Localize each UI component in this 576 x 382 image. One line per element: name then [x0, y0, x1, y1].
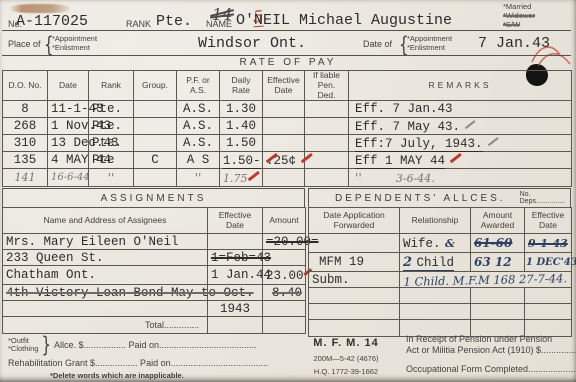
- service-number-value: A-117025: [16, 13, 88, 30]
- do-no-cell: 141: [3, 169, 48, 187]
- pension-line-2: Act or Militia Pension Act (1910) $.....…: [406, 345, 571, 356]
- pension-line-1: In Receipt of Pension under Pension: [406, 334, 571, 345]
- allce-line: Allce. $................. Paid on.......…: [54, 340, 257, 350]
- dependent-row: Wife. & 61-60 9-1-43: [309, 234, 572, 253]
- group-cell: C: [134, 152, 177, 169]
- occupational-line: Occupational Form Completed.............…: [406, 364, 571, 374]
- do-no-cell: 310: [3, 135, 48, 152]
- assignee-cell: 4th Victory Loan Bond May to Oct.: [3, 285, 208, 301]
- dep-eff-date-cell: 9-1-43: [525, 234, 572, 253]
- date-of-label: Date of: [363, 39, 392, 49]
- dependent-note: 1 Child. M.F.M 168 27-7-44.: [399, 270, 571, 290]
- assignment-row: Mrs. Mary Eileen O'Neil =20.00=: [3, 234, 306, 250]
- assignment-row: Chatham Ont. 1 Jan.44 23.00: [3, 266, 306, 285]
- dependent-row: [309, 288, 572, 304]
- rate-row: 8 11-1-43 Pte. A.S. 1.30 Eff. 7 Jan.43: [3, 101, 572, 118]
- col-group: Group.: [134, 71, 177, 101]
- col-amount-awarded: Amount Awarded: [471, 208, 525, 234]
- remarks-cell: Eff:7 July, 1943.: [349, 135, 572, 152]
- col-daily-rate: Daily Rate: [220, 71, 263, 101]
- rehab-line: Rehabilitation Grant $................. …: [8, 358, 268, 368]
- assignment-row: 4th Victory Loan Bond May to Oct. 8.40: [3, 285, 306, 301]
- col-rank: Rank: [89, 71, 134, 101]
- date-app-fwd-cell: MFM 19: [309, 253, 400, 272]
- enlistment-label-2: *Enlistment: [407, 43, 452, 52]
- clothing-label: *Clothing: [8, 345, 38, 353]
- total-label: Total..............: [3, 317, 208, 334]
- remarks-text: Eff 1 MAY 44: [355, 154, 445, 169]
- relationship-text: Wife.: [403, 237, 441, 251]
- pf-as-cell: A.S.: [177, 135, 220, 152]
- pf-as-cell: A S: [177, 152, 220, 169]
- remarks-cell: Eff. 7 May 43.: [349, 118, 572, 135]
- assignment-row: 233 Queen St. 1=Feb=43: [3, 250, 306, 266]
- col-assign-amount: Amount: [263, 208, 306, 234]
- footer-left-block: *Outfit *Clothing } Allce. $............…: [8, 336, 268, 380]
- pf-as-cell: A.S.: [177, 101, 220, 118]
- col-effective-date: Effective Date: [263, 71, 305, 101]
- col-pf-as: P.F. or A.S.: [177, 71, 220, 101]
- date-cell: 11-1-43: [48, 101, 89, 118]
- rate-of-pay-table: D.O. No. Date Rank Group. P.F. or A.S. D…: [2, 70, 572, 187]
- do-no-cell: 8: [3, 101, 48, 118]
- rank-cell: Pte.: [89, 118, 134, 135]
- assignments-table: Name and Address of Assignees Effective …: [2, 207, 306, 334]
- remarks-cell: Eff. 7 Jan.43: [349, 101, 572, 118]
- eff-date-cell: 1 Jan.44: [208, 266, 263, 285]
- do-no-cell: 135: [3, 152, 48, 169]
- red-check-mark: [247, 171, 259, 181]
- delete-note: *Delete words which are inapplicable.: [50, 371, 268, 380]
- enlistment-date-value: 7 Jan.43: [478, 35, 550, 52]
- col-assignee: Name and Address of Assignees: [3, 208, 208, 234]
- marital-married: *Married: [503, 2, 535, 11]
- daily-rate-cell: 1.75: [220, 169, 263, 187]
- assignments-title: ASSIGNMENTS: [2, 188, 305, 207]
- place-appt-enlist-labels: *Appointment *Enlistment: [52, 34, 97, 52]
- no-deps-label: No. Deps...............: [520, 191, 566, 205]
- dependents-title-band: DEPENDENTS' ALLCES. No. Deps............…: [308, 188, 571, 207]
- rate-of-pay-title: RATE OF PAY: [0, 57, 576, 68]
- name-label: NAME: [206, 19, 232, 29]
- date-cell: 13 Dec.43: [48, 135, 89, 152]
- brace-footer: }: [41, 332, 51, 357]
- amount-text: 23.00: [266, 269, 304, 283]
- remarks-ditto: '': [355, 170, 362, 185]
- eff-date-cell: 1=Feb=43: [208, 250, 263, 266]
- rank-cell: Pte.: [89, 101, 134, 118]
- no-deps-no: No.: [520, 191, 566, 198]
- pf-as-cell: '': [177, 169, 220, 187]
- eff-date-cell: 1943: [208, 301, 263, 317]
- relationship-cell: 2 Child: [400, 253, 471, 272]
- header-rule-2: [2, 55, 571, 56]
- hq-ref: H.Q. 1772-39-1662: [296, 367, 396, 376]
- appointment-label: *Appointment: [52, 34, 97, 43]
- red-check-mark: [450, 153, 462, 163]
- daily-rate-cell: 1.30: [220, 101, 263, 118]
- marital-widower: *Widower: [503, 11, 535, 20]
- rank-cell: Pte.: [89, 135, 134, 152]
- marital-sw: *S/W: [503, 20, 535, 29]
- assignment-row: 1943: [3, 301, 306, 317]
- name-value: O'NEIL Michael Augustine: [236, 12, 452, 29]
- daily-rate-cell: 1.50-: [220, 152, 263, 169]
- enlistment-label: *Enlistment: [52, 43, 97, 52]
- col-date: Date: [48, 71, 89, 101]
- rate-row: 141 16-6-44 '' '' 1.75 ''3-6-44.: [3, 169, 572, 187]
- daily-rate-text: 1.75: [223, 172, 248, 185]
- remarks-text: Eff. 7 May 43.: [355, 120, 460, 134]
- amount-cell: =20.00=: [263, 234, 306, 250]
- header-rule-1: [2, 30, 571, 31]
- col-assign-eff-date: Effective Date: [208, 208, 263, 234]
- remarks-cell: Eff 1 MAY 44: [349, 152, 572, 169]
- col-dep-eff-date: Effective Date: [525, 208, 572, 234]
- rate-row: 310 13 Dec.43 Pte. A.S. 1.50 Eff:7 July,…: [3, 135, 572, 152]
- dependents-title: DEPENDENTS' ALLCES.: [335, 193, 506, 204]
- date-cell: 16-6-44: [48, 169, 89, 187]
- col-remarks: REMARKS: [349, 71, 572, 101]
- assignee-cell: 233 Queen St.: [3, 250, 208, 266]
- rank-cell: '': [89, 169, 134, 187]
- dep-eff-date-cell: 1 DEC'43: [525, 253, 572, 272]
- remarks-text: 3-6-44.: [396, 172, 435, 185]
- rank-cell: Pte: [89, 152, 134, 169]
- assignee-cell: Mrs. Mary Eileen O'Neil: [3, 234, 208, 250]
- amount-cell: 23.00: [263, 266, 306, 285]
- col-pen-ded: If liable Pen. Ded.: [305, 71, 349, 101]
- date-appt-enlist-labels: *Appointment *Enlistment: [407, 34, 452, 52]
- assignee-cell: Chatham Ont.: [3, 266, 208, 285]
- place-value: Windsor Ont.: [198, 35, 306, 52]
- record-card: 14 5 No. A-117025 RANK Pte. NAME O'NEIL …: [0, 0, 576, 382]
- dependent-row: [309, 304, 572, 320]
- amount-awarded-cell: 63 12: [471, 253, 525, 272]
- place-of-label: Place of: [8, 39, 41, 49]
- date-cell: 4 MAY 44: [48, 152, 89, 169]
- footer-right-block: In Receipt of Pension under Pension Act …: [406, 334, 571, 374]
- relationship-hand: &: [445, 237, 455, 250]
- do-no-cell: 268: [3, 118, 48, 135]
- col-date-app-fwd: Date Application Forwarded: [309, 208, 400, 234]
- relationship-cell: Wife. &: [400, 234, 471, 253]
- dependent-row: MFM 19 2 Child 63 12 1 DEC'43: [309, 253, 572, 272]
- pf-as-cell: A.S.: [177, 118, 220, 135]
- outfit-clothing-labels: *Outfit *Clothing: [8, 337, 38, 353]
- date-cell: 1 Nov.43: [48, 118, 89, 135]
- remarks-cell: ''3-6-44.: [349, 169, 572, 187]
- col-relationship: Relationship: [400, 208, 471, 234]
- remarks-text: Eff:7 July, 1943.: [355, 137, 483, 152]
- relationship-hand: 2: [403, 255, 412, 270]
- rate-row: 268 1 Nov.43 Pte. A.S. 1.40 Eff. 7 May 4…: [3, 118, 572, 135]
- pencil-check-mark: [487, 137, 498, 146]
- footer-form-block: M. F. M. 14 200M—5-42 (4676) H.Q. 1772-3…: [296, 337, 396, 376]
- assignment-total-row: Total..............: [3, 317, 306, 334]
- daily-rate-cell: 1.40: [220, 118, 263, 135]
- rank-value: Pte.: [156, 13, 192, 30]
- dependent-row: Subm. 1 Child. M.F.M 168 27-7-44.: [309, 272, 572, 288]
- pencil-check-mark: [465, 120, 476, 129]
- date-app-fwd-cell: Subm.: [309, 272, 400, 288]
- print-run: 200M—5-42 (4676): [296, 354, 396, 363]
- amount-awarded-cell: 61-60: [471, 234, 525, 253]
- col-do-no: D.O. No.: [3, 71, 48, 101]
- rate-row: 135 4 MAY 44 Pte C A S 1.50- .25¢ Eff 1 …: [3, 152, 572, 169]
- appointment-label-2: *Appointment: [407, 34, 452, 43]
- daily-rate-cell: 1.50: [220, 135, 263, 152]
- no-deps-dots: Deps...............: [520, 198, 566, 205]
- dependents-table: Date Application Forwarded Relationship …: [308, 207, 572, 337]
- relationship-text: Child: [417, 256, 455, 270]
- paper-stain: [10, 4, 70, 13]
- form-code: M. F. M. 14: [296, 337, 396, 349]
- rank-label: RANK: [126, 19, 151, 29]
- marital-status-block: *Married *Widower *S/W: [503, 2, 535, 29]
- amount-cell: 8.40: [263, 285, 306, 301]
- daily-rate-text: 1.50-: [223, 154, 261, 169]
